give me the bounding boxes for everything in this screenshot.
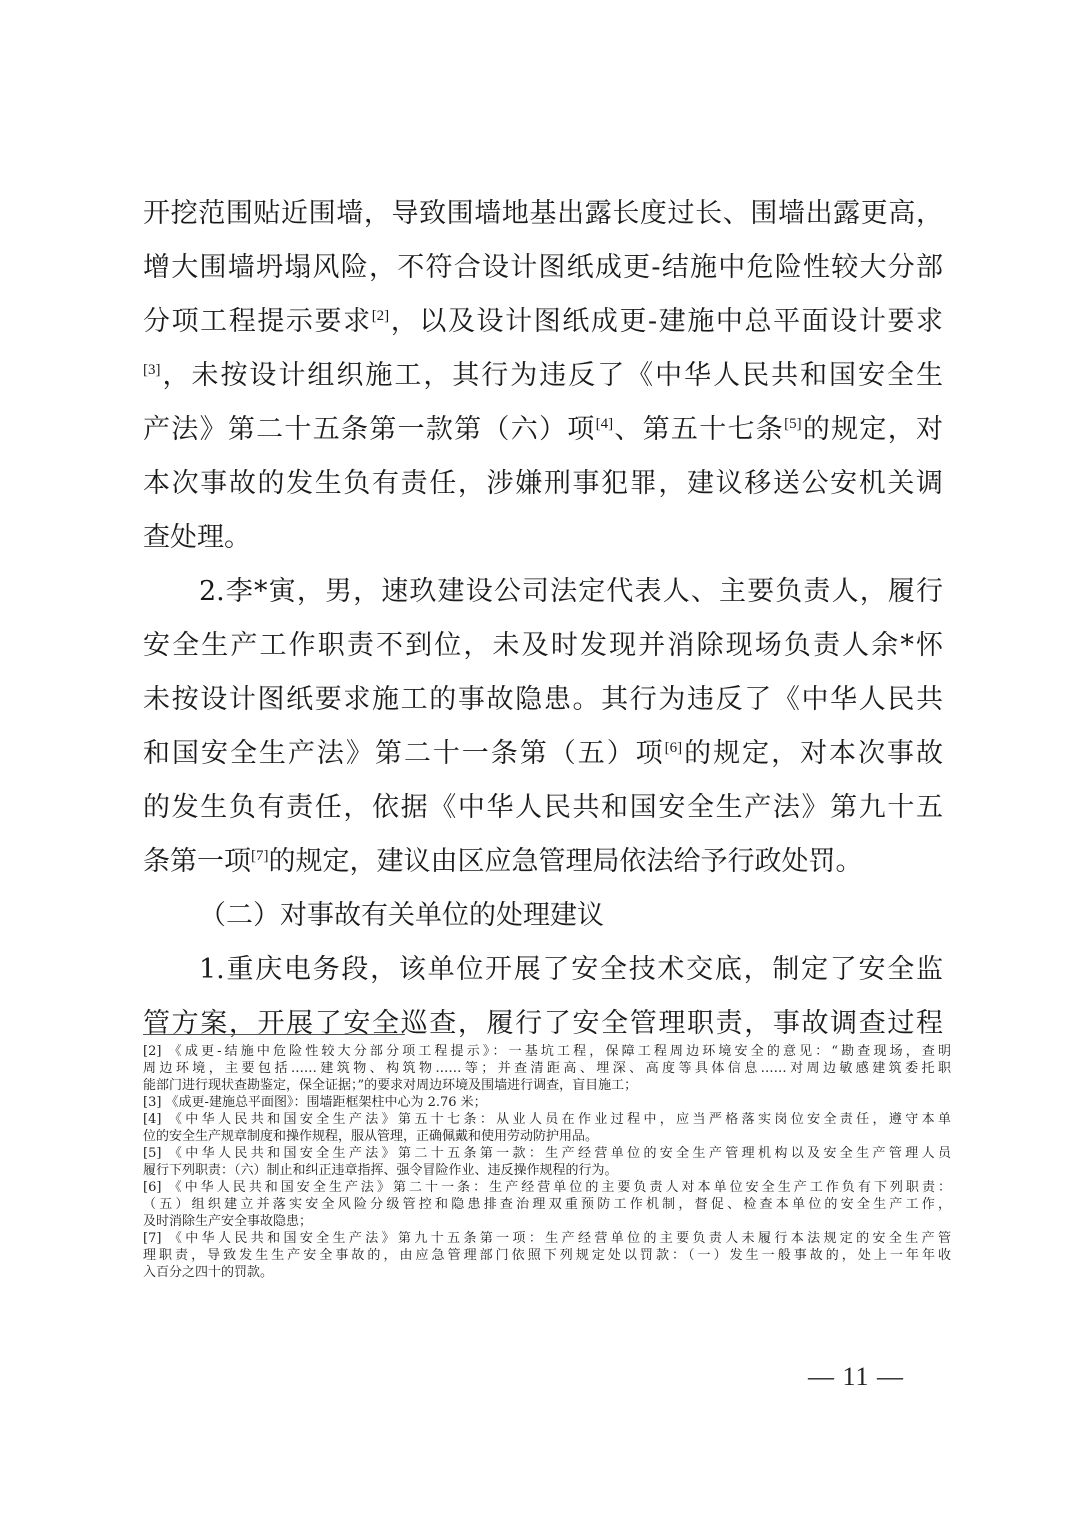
section-heading: （二）对事故有关单位的处理建议 [143,889,943,943]
body-text-segment: ，未按设计组织施工，其行为违反了《中华人民共和国安全生 [161,360,944,391]
footnote-ref-6[interactable]: [6] [665,740,683,756]
footnote-line: [2] 《成更-结施中危险性较大分部分项工程提示》：一基坑工程，保障工程周边环境… [143,1043,951,1060]
footnote-3: [3] 《成更-建施总平面图》：围墙距框架柱中心为 2.76 米； [143,1094,951,1111]
body-line: 产法》第二十五条第一款第（六）项[4]、第五十七条[5]的规定，对 [143,403,943,457]
page-number: — 11 — [808,1362,904,1392]
footnote-6: [6] 《中华人民共和国安全生产法》第二十一条：生产经营单位的主要负责人对本单位… [143,1179,951,1230]
footnote-ref-3[interactable]: [3] [143,362,161,378]
body-line: 分项工程提示要求[2]，以及设计图纸成更-建施中总平面设计要求 [143,295,943,349]
body-line: 开挖范围贴近围墙，导致围墙地基出露长度过长、围墙出露更高， [143,187,943,241]
footnote-7: [7] 《中华人民共和国安全生产法》第九十五条第一项：生产经营单位的主要负责人未… [143,1230,951,1281]
body-text: 开挖范围贴近围墙，导致围墙地基出露长度过长、围墙出露更高， 增大围墙坍塌风险，不… [143,187,943,1051]
body-text-segment: 、第五十七条 [613,414,784,445]
footnote-line: 周边环境，主要包括……建筑物、构筑物……等；并查清距高、埋深、高度等具体信息……… [143,1060,951,1077]
footnote-divider [143,1034,405,1035]
footnote-line: 能部门进行现状查勘鉴定，保全证据；”的要求对周边环境及围墙进行调查，盲目施工； [143,1077,951,1094]
footnote-line: [5] 《中华人民共和国安全生产法》第二十五条第一款：生产经营单位的安全生产管理… [143,1145,951,1162]
footnote-5: [5] 《中华人民共和国安全生产法》第二十五条第一款：生产经营单位的安全生产管理… [143,1145,951,1179]
body-text-segment: 条第一项 [143,846,251,877]
footnote-ref-2[interactable]: [2] [372,308,390,324]
body-text-segment: 分项工程提示要求 [143,306,372,337]
body-text-segment: 的规定，对 [802,414,943,445]
footnote-line: 及时消除生产安全事故隐患； [143,1213,951,1230]
body-text-segment: ，以及设计图纸成更-建施中总平面设计要求 [389,306,943,337]
body-text-segment: 和国安全生产法》第二十一条第（五）项 [143,738,665,769]
footnote-line: 理职责，导致发生生产安全事故的，由应急管理部门依照下列规定处以罚款：（一）发生一… [143,1247,951,1264]
body-line: 的发生负有责任，依据《中华人民共和国安全生产法》第九十五 [143,781,943,835]
body-line: 1.重庆电务段，该单位开展了安全技术交底，制定了安全监 [143,943,943,997]
body-line: 查处理。 [143,511,943,565]
footnote-line: [4] 《中华人民共和国安全生产法》第五十七条：从业人员在作业过程中，应当严格落… [143,1111,951,1128]
footnote-4: [4] 《中华人民共和国安全生产法》第五十七条：从业人员在作业过程中，应当严格落… [143,1111,951,1145]
footnote-ref-7[interactable]: [7] [251,848,269,864]
body-line: 本次事故的发生负有责任，涉嫌刑事犯罪，建议移送公安机关调 [143,457,943,511]
document-page: 开挖范围贴近围墙，导致围墙地基出露长度过长、围墙出露更高， 增大围墙坍塌风险，不… [0,0,1074,1520]
body-line: 2.李*寅，男，速玖建设公司法定代表人、主要负责人，履行 [143,565,943,619]
footnote-line: 入百分之四十的罚款。 [143,1264,951,1281]
body-line: 条第一项[7]的规定，建议由区应急管理局依法给予行政处罚。 [143,835,943,889]
body-text-segment: 的规定，建议由区应急管理局依法给予行政处罚。 [269,846,863,877]
footnote-ref-5[interactable]: [5] [784,416,802,432]
body-text-segment: 产法》第二十五条第一款第（六）项 [143,414,596,445]
body-line: 未按设计图纸要求施工的事故隐患。其行为违反了《中华人民共 [143,673,943,727]
footnote-line: [3] 《成更-建施总平面图》：围墙距框架柱中心为 2.76 米； [143,1094,951,1111]
footnote-line: （五）组织建立并落实安全风险分级管控和隐患排查治理双重预防工作机制，督促、检查本… [143,1196,951,1213]
footnote-line: [7] 《中华人民共和国安全生产法》第九十五条第一项：生产经营单位的主要负责人未… [143,1230,951,1247]
footnote-line: 履行下列职责：（六）制止和纠正违章指挥、强令冒险作业、违反操作规程的行为。 [143,1162,951,1179]
footnotes: [2] 《成更-结施中危险性较大分部分项工程提示》：一基坑工程，保障工程周边环境… [143,1043,951,1281]
body-text-segment: 的规定，对本次事故 [682,738,943,769]
footnote-ref-4[interactable]: [4] [596,416,614,432]
body-line: 增大围墙坍塌风险，不符合设计图纸成更-结施中危险性较大分部 [143,241,943,295]
body-line: [3]，未按设计组织施工，其行为违反了《中华人民共和国安全生 [143,349,943,403]
body-line: 和国安全生产法》第二十一条第（五）项[6]的规定，对本次事故 [143,727,943,781]
footnote-line: [6] 《中华人民共和国安全生产法》第二十一条：生产经营单位的主要负责人对本单位… [143,1179,951,1196]
footnote-2: [2] 《成更-结施中危险性较大分部分项工程提示》：一基坑工程，保障工程周边环境… [143,1043,951,1094]
footnote-line: 位的安全生产规章制度和操作规程，服从管理，正确佩戴和使用劳动防护用品。 [143,1128,951,1145]
body-line: 安全生产工作职责不到位，未及时发现并消除现场负责人余*怀 [143,619,943,673]
